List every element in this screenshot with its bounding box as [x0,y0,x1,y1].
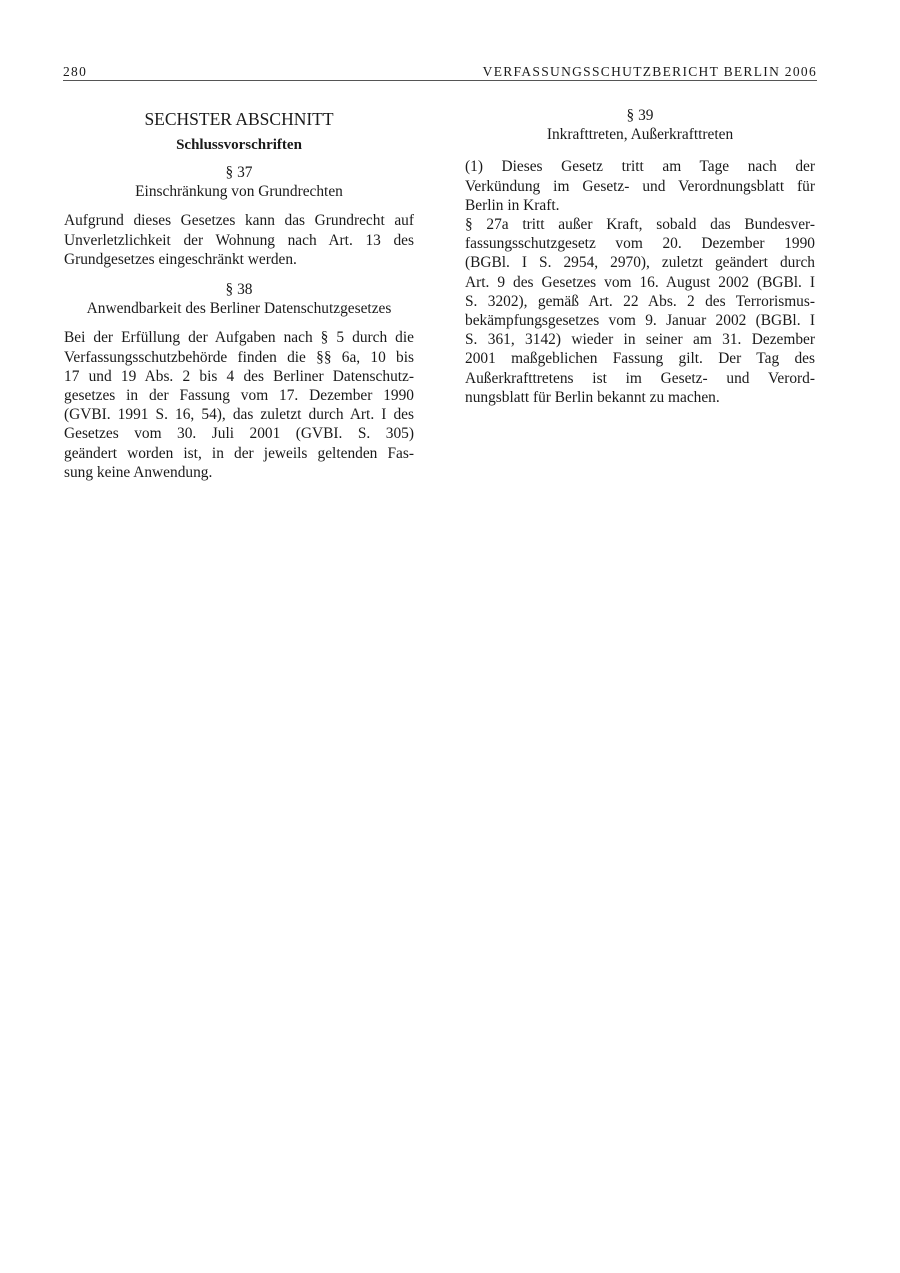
text-line: (1) Dieses Gesetz tritt am Tage nach der [465,157,815,176]
text-line: 17 und 19 Abs. 2 bis 4 des Berliner Date… [64,367,414,386]
right-column: § 39 Inkrafttreten, Außerkrafttreten (1)… [465,106,815,407]
text-line: S. 3202), gemäß Art. 22 Abs. 2 des Terro… [465,292,815,311]
text-line: sung keine Anwendung. [64,463,414,482]
page-header: 280 VERFASSUNGSSCHUTZBERICHT BERLIN 2006 [63,62,817,81]
paragraph-39-number: § 39 [465,106,815,125]
text-line: Grundgesetzes eingeschränkt werden. [64,250,414,269]
left-column: SECHSTER ABSCHNITT Schlussvorschriften §… [64,106,414,482]
text-line: Verfassungsschutzbehörde finden die §§ 6… [64,348,414,367]
paragraph-37-number: § 37 [64,163,414,182]
text-line: Unverletzlichkeit der Wohnung nach Art. … [64,231,414,250]
text-line: fassungsschutzgesetz vom 20. Dezember 19… [465,234,815,253]
text-line: S. 361, 3142) wieder in seiner am 31. De… [465,330,815,349]
text-line: geändert worden ist, in der jeweils gelt… [64,444,414,463]
text-line: Bei der Erfüllung der Aufgaben nach § 5 … [64,328,414,347]
paragraph-38-body: Bei der Erfüllung der Aufgaben nach § 5 … [64,328,414,482]
text-line: bekämpfungsgesetzes vom 9. Januar 2002 (… [465,311,815,330]
paragraph-39-body: (1) Dieses Gesetz tritt am Tage nach der… [465,157,815,407]
text-line: Art. 9 des Gesetzes vom 16. August 2002 … [465,273,815,292]
text-line: Berlin in Kraft. [465,196,815,215]
text-line: Aufgrund dieses Gesetzes kann das Grundr… [64,211,414,230]
text-line: § 27a tritt außer Kraft, sobald das Bund… [465,215,815,234]
text-line: nungsblatt für Berlin bekannt zu machen. [465,388,815,407]
paragraph-38-title: Anwendbarkeit des Berliner Datenschutzge… [64,299,414,318]
text-line: (GVBI. 1991 S. 16, 54), das zuletzt durc… [64,405,414,424]
text-line: Verkündung im Gesetz- und Verordnungsbla… [465,177,815,196]
section-heading: SECHSTER ABSCHNITT [64,107,414,131]
paragraph-38-number: § 38 [64,280,414,299]
running-title: VERFASSUNGSSCHUTZBERICHT BERLIN 2006 [483,64,817,80]
text-line: gesetzes in der Fassung vom 17. Dezember… [64,386,414,405]
text-line: Gesetzes vom 30. Juli 2001 (GVBI. S. 305… [64,424,414,443]
paragraph-39-title: Inkrafttreten, Außerkrafttreten [465,125,815,144]
page-number: 280 [63,64,87,80]
paragraph-37-body: Aufgrund dieses Gesetzes kann das Grundr… [64,211,414,269]
text-line: 2001 maßgeblichen Fassung gilt. Der Tag … [465,349,815,368]
paragraph-37-title: Einschränkung von Grundrechten [64,182,414,201]
text-line: (BGBl. I S. 2954, 2970), zuletzt geänder… [465,253,815,272]
text-line: Außerkrafttretens ist im Gesetz- und Ver… [465,369,815,388]
section-subtitle: Schlussvorschriften [64,135,414,155]
